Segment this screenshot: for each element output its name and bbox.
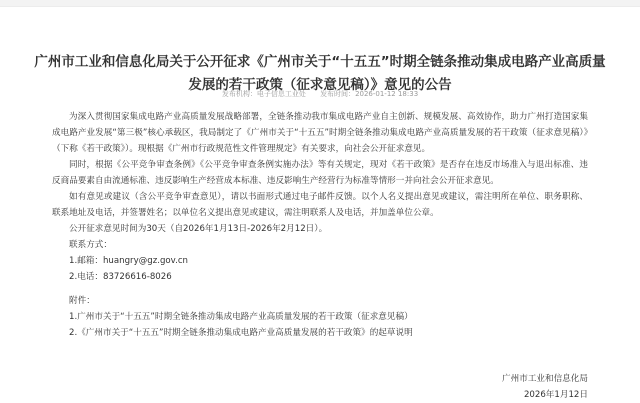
contact-email[interactable]: 1.邮箱：huangry@gz.gov.cn	[52, 253, 588, 269]
attachments-heading: 附件：	[52, 293, 588, 309]
browser-top-bar	[0, 0, 640, 7]
publisher-label: 发布机构：	[222, 90, 257, 98]
time-value: 2026-01-12 18:33	[355, 90, 418, 98]
article-body: 为深入贯彻国家集成电路产业高质量发展战略部署，全链条推动我市集成电路产业自主创新…	[52, 109, 588, 341]
paragraph: 公开征求意见时间为30天（自2026年1月13日-2026年2月12日）。	[52, 221, 588, 237]
signature-block: 广州市工业和信息化局 2026年1月12日	[502, 371, 588, 403]
publish-meta: 发布机构：电子信息工业处 发布时间：2026-01-12 18:33	[0, 89, 640, 99]
contact-phone: 2.电话：83726616-8026	[52, 269, 588, 285]
publisher-value: 电子信息工业处	[257, 90, 306, 98]
paragraph: 如有意见或建议（含公平竞争审查意见），请以书面形式通过电子邮件反馈。以个人名义提…	[52, 189, 588, 221]
publisher-info: 发布机构：电子信息工业处	[222, 90, 306, 98]
attachment-link[interactable]: 1.广州市关于“十五五”时期全链条推动集成电路产业高质量发展的若干政策（征求意见…	[52, 309, 588, 325]
signature-date: 2026年1月12日	[502, 387, 588, 403]
publish-time-info: 发布时间：2026-01-12 18:33	[320, 90, 418, 98]
paragraph: 同时，根据《公平竞争审查条例》《公平竞争审查条例实施办法》等有关规定，现对《若干…	[52, 157, 588, 189]
spacer	[52, 285, 588, 293]
time-label: 发布时间：	[320, 90, 355, 98]
signature-org: 广州市工业和信息化局	[502, 371, 588, 387]
contact-heading: 联系方式：	[52, 237, 588, 253]
paragraph: 为深入贯彻国家集成电路产业高质量发展战略部署，全链条推动我市集成电路产业自主创新…	[52, 109, 588, 157]
attachment-link[interactable]: 2.《广州市关于“十五五”时期全链条推动集成电路产业高质量发展的若干政策》的起草…	[52, 325, 588, 341]
